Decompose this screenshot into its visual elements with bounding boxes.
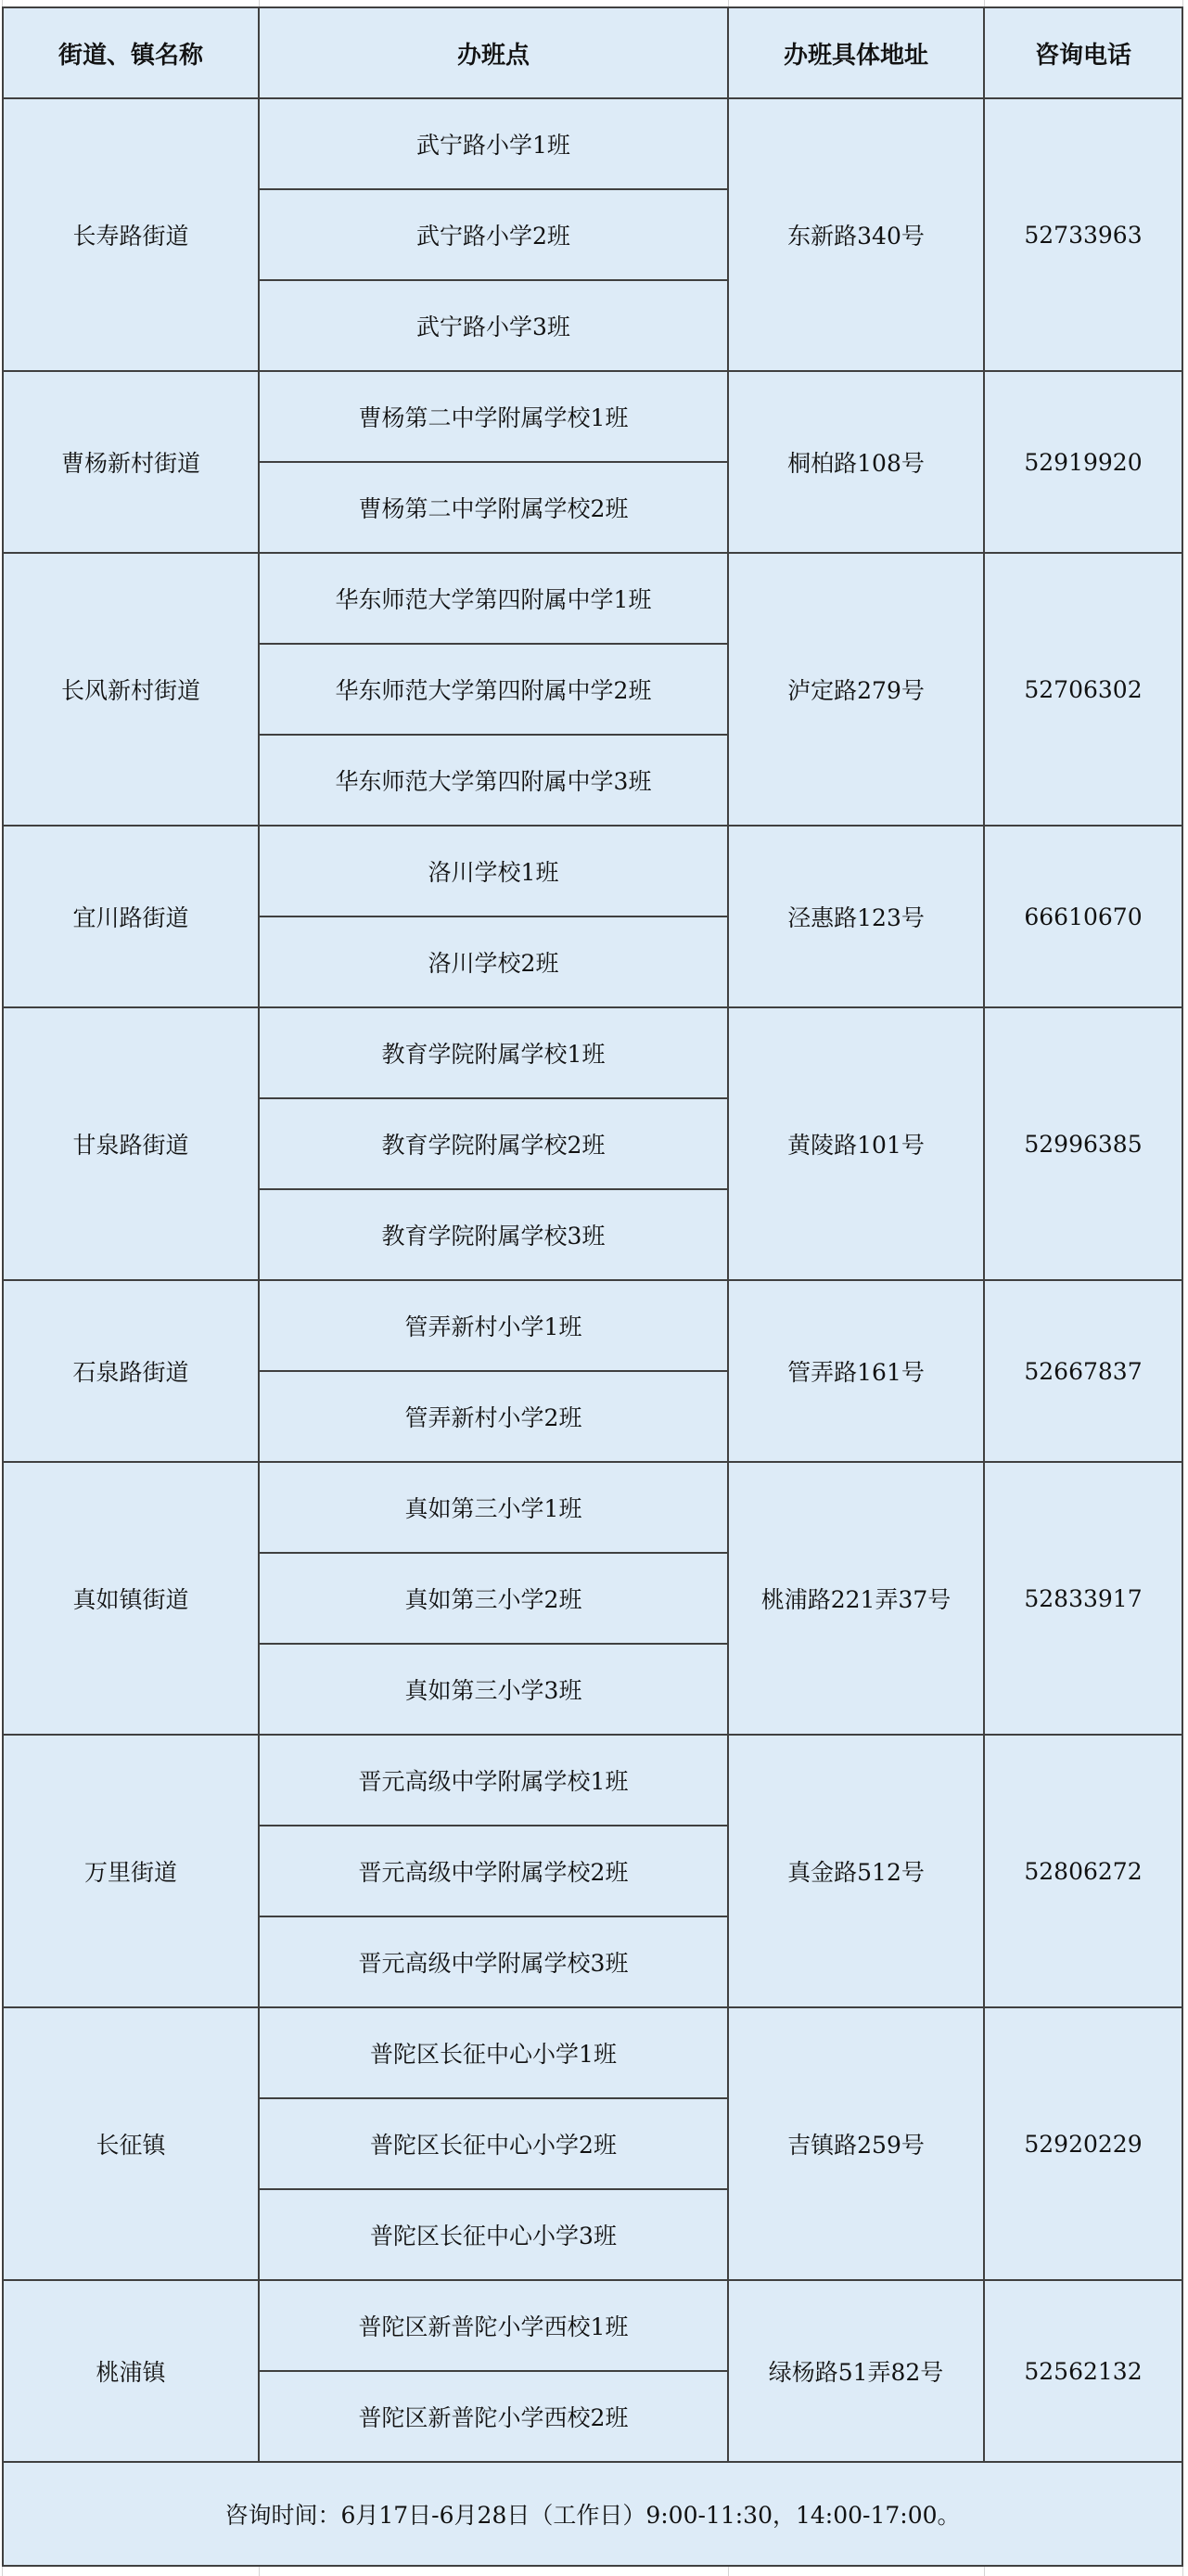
- district-cell[interactable]: 石泉路街道: [3, 1280, 259, 1462]
- class-site-cell[interactable]: 普陀区长征中心小学2班: [259, 2098, 728, 2189]
- class-site-cell[interactable]: 曹杨第二中学附属学校2班: [259, 462, 728, 553]
- class-site-cell[interactable]: 真如第三小学1班: [259, 1462, 728, 1553]
- class-site-cell[interactable]: 华东师范大学第四附属中学3班: [259, 735, 728, 826]
- class-site-cell[interactable]: 教育学院附属学校3班: [259, 1189, 728, 1280]
- class-site-cell[interactable]: 普陀区新普陀小学西校1班: [259, 2280, 728, 2371]
- table-row: 曹杨新村街道曹杨第二中学附属学校1班桐柏路108号52919920: [3, 371, 1182, 462]
- class-site-cell[interactable]: 武宁路小学1班: [259, 98, 728, 189]
- table-row: 真如镇街道真如第三小学1班桃浦路221弄37号52833917: [3, 1462, 1182, 1553]
- district-cell[interactable]: 真如镇街道: [3, 1462, 259, 1735]
- table-row: 石泉路街道管弄新村小学1班管弄路161号52667837: [3, 1280, 1182, 1371]
- table-row: 万里街道晋元高级中学附属学校1班真金路512号52806272: [3, 1735, 1182, 1826]
- address-cell[interactable]: 桃浦路221弄37号: [728, 1462, 984, 1735]
- phone-cell[interactable]: 52806272: [984, 1735, 1182, 2007]
- address-cell[interactable]: 真金路512号: [728, 1735, 984, 2007]
- header-district[interactable]: 街道、镇名称: [3, 7, 259, 98]
- class-site-cell[interactable]: 普陀区长征中心小学3班: [259, 2189, 728, 2280]
- class-site-cell[interactable]: 真如第三小学3班: [259, 1644, 728, 1735]
- district-cell[interactable]: 曹杨新村街道: [3, 371, 259, 553]
- class-site-cell[interactable]: 洛川学校2班: [259, 916, 728, 1007]
- phone-cell[interactable]: 52920229: [984, 2007, 1182, 2280]
- table-row: 甘泉路街道教育学院附属学校1班黄陵路101号52996385: [3, 1007, 1182, 1098]
- class-sites-table: 街道、镇名称 办班点 办班具体地址 咨询电话 长寿路街道武宁路小学1班东新路34…: [2, 6, 1183, 2567]
- class-site-cell[interactable]: 管弄新村小学1班: [259, 1280, 728, 1371]
- phone-cell[interactable]: 52833917: [984, 1462, 1182, 1735]
- phone-cell[interactable]: 52733963: [984, 98, 1182, 371]
- phone-cell[interactable]: 52562132: [984, 2280, 1182, 2462]
- class-site-cell[interactable]: 管弄新村小学2班: [259, 1371, 728, 1462]
- class-site-cell[interactable]: 真如第三小学2班: [259, 1553, 728, 1644]
- district-cell[interactable]: 长征镇: [3, 2007, 259, 2280]
- class-site-cell[interactable]: 晋元高级中学附属学校2班: [259, 1826, 728, 1916]
- table-row: 桃浦镇普陀区新普陀小学西校1班绿杨路51弄82号52562132: [3, 2280, 1182, 2371]
- address-cell[interactable]: 桐柏路108号: [728, 371, 984, 553]
- class-site-cell[interactable]: 教育学院附属学校2班: [259, 1098, 728, 1189]
- district-cell[interactable]: 桃浦镇: [3, 2280, 259, 2462]
- class-site-cell[interactable]: 洛川学校1班: [259, 826, 728, 916]
- class-site-cell[interactable]: 曹杨第二中学附属学校1班: [259, 371, 728, 462]
- class-site-cell[interactable]: 普陀区长征中心小学1班: [259, 2007, 728, 2098]
- district-cell[interactable]: 长寿路街道: [3, 98, 259, 371]
- class-site-cell[interactable]: 武宁路小学2班: [259, 189, 728, 280]
- class-site-cell[interactable]: 普陀区新普陀小学西校2班: [259, 2371, 728, 2462]
- address-cell[interactable]: 黄陵路101号: [728, 1007, 984, 1280]
- class-site-cell[interactable]: 华东师范大学第四附属中学2班: [259, 644, 728, 735]
- phone-cell[interactable]: 52919920: [984, 371, 1182, 553]
- consultation-time-note[interactable]: 咨询时间：6月17日-6月28日（工作日）9:00-11:30，14:00-17…: [3, 2462, 1182, 2566]
- class-site-cell[interactable]: 晋元高级中学附属学校3班: [259, 1916, 728, 2007]
- address-cell[interactable]: 吉镇路259号: [728, 2007, 984, 2280]
- district-cell[interactable]: 长风新村街道: [3, 553, 259, 826]
- class-site-cell[interactable]: 华东师范大学第四附属中学1班: [259, 553, 728, 644]
- header-class-site[interactable]: 办班点: [259, 7, 728, 98]
- class-site-cell[interactable]: 晋元高级中学附属学校1班: [259, 1735, 728, 1826]
- header-address[interactable]: 办班具体地址: [728, 7, 984, 98]
- phone-cell[interactable]: 66610670: [984, 826, 1182, 1007]
- district-cell[interactable]: 甘泉路街道: [3, 1007, 259, 1280]
- phone-cell[interactable]: 52996385: [984, 1007, 1182, 1280]
- footer-row: 咨询时间：6月17日-6月28日（工作日）9:00-11:30，14:00-17…: [3, 2462, 1182, 2566]
- table-row: 长征镇普陀区长征中心小学1班吉镇路259号52920229: [3, 2007, 1182, 2098]
- table-body: 长寿路街道武宁路小学1班东新路340号52733963武宁路小学2班武宁路小学3…: [3, 98, 1182, 2462]
- header-row: 街道、镇名称 办班点 办班具体地址 咨询电话: [3, 7, 1182, 98]
- address-cell[interactable]: 泸定路279号: [728, 553, 984, 826]
- phone-cell[interactable]: 52706302: [984, 553, 1182, 826]
- address-cell[interactable]: 绿杨路51弄82号: [728, 2280, 984, 2462]
- header-phone[interactable]: 咨询电话: [984, 7, 1182, 98]
- address-cell[interactable]: 东新路340号: [728, 98, 984, 371]
- class-site-cell[interactable]: 教育学院附属学校1班: [259, 1007, 728, 1098]
- phone-cell[interactable]: 52667837: [984, 1280, 1182, 1462]
- district-cell[interactable]: 万里街道: [3, 1735, 259, 2007]
- class-site-cell[interactable]: 武宁路小学3班: [259, 280, 728, 371]
- district-cell[interactable]: 宜川路街道: [3, 826, 259, 1007]
- address-cell[interactable]: 泾惠路123号: [728, 826, 984, 1007]
- table-row: 宜川路街道洛川学校1班泾惠路123号66610670: [3, 826, 1182, 916]
- table-row: 长寿路街道武宁路小学1班东新路340号52733963: [3, 98, 1182, 189]
- table-row: 长风新村街道华东师范大学第四附属中学1班泸定路279号52706302: [3, 553, 1182, 644]
- address-cell[interactable]: 管弄路161号: [728, 1280, 984, 1462]
